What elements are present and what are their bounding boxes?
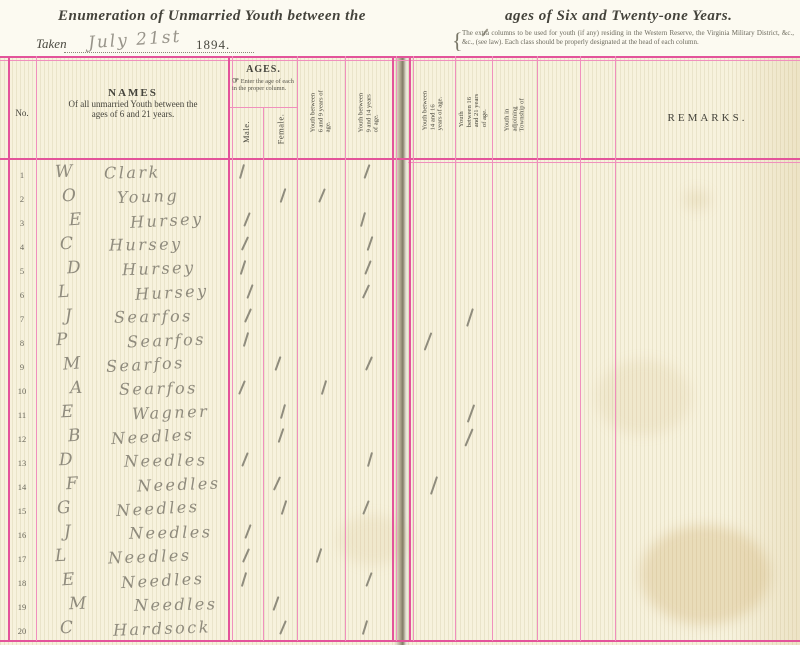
handwritten-surname: Hursey	[122, 258, 196, 280]
rule-leftpage-edge-b	[396, 56, 397, 641]
row-number: 1	[8, 170, 36, 180]
column-header-names: NAMES Of all unmarried Youth between the…	[36, 88, 230, 120]
rule-leftpage-edge-a	[392, 56, 394, 641]
handwritten-surname: Clark	[104, 163, 161, 183]
row-number: 17	[8, 554, 36, 564]
names-header-title: NAMES	[36, 88, 230, 99]
row-number: 10	[8, 386, 36, 396]
row-number: 3	[8, 218, 36, 228]
header-bottom-rule-right	[408, 162, 800, 163]
handwritten-initial: B	[67, 426, 81, 447]
row-number: 5	[8, 266, 36, 276]
row-number: 16	[8, 530, 36, 540]
handwritten-initial: E	[60, 402, 73, 423]
handwritten-initial: E	[61, 570, 75, 591]
handwritten-initial: A	[70, 378, 83, 398]
column-header-male: Male.	[232, 100, 260, 158]
row-number: 9	[8, 362, 36, 372]
handwritten-surname: Needles	[137, 474, 221, 496]
handwritten-initial: D	[66, 258, 81, 279]
row-number: 2	[8, 194, 36, 204]
names-header-sub1: Of all unmarried Youth between the	[36, 99, 230, 110]
handwritten-initial: P	[55, 330, 67, 351]
handwritten-surname: Wagner	[132, 402, 210, 424]
column-header-adjoining-township: Youth in adjoining Township of	[494, 62, 536, 158]
row-number: 15	[8, 506, 36, 516]
handwritten-surname: Needles	[124, 450, 208, 470]
pointing-hand-icon: ☞	[232, 76, 239, 85]
handwritten-surname: Needles	[134, 594, 218, 614]
rule-no-names	[36, 56, 37, 641]
handwritten-initial: O	[61, 186, 76, 207]
rule-names-ages-a	[228, 56, 230, 641]
handwritten-surname: Searfos	[114, 306, 193, 326]
column-header-remarks: REMARKS.	[615, 112, 800, 124]
handwritten-surname: Needles	[129, 522, 213, 542]
handwritten-initial: E	[68, 210, 82, 231]
handwritten-initial: C	[59, 618, 73, 639]
row-number: 7	[8, 314, 36, 324]
ledger-scan: Enumeration of Unmarried Youth between t…	[0, 0, 800, 645]
column-header-youth-9-14: Youth between 9 and 14 years of age.	[347, 62, 391, 158]
handwritten-surname: Hardsock	[113, 617, 211, 639]
column-header-youth-6-9: Youth between 6 and 9 years of age.	[299, 62, 343, 158]
row-number: 13	[8, 458, 36, 468]
page-title-right: ages of Six and Twenty-one Years.	[505, 8, 732, 25]
handwritten-surname: Hursey	[135, 281, 210, 304]
ages-note-text: Enter the age of each in the proper colu…	[232, 78, 294, 92]
rule-y1621-adjoining	[492, 56, 493, 641]
notice-brace: {	[452, 28, 463, 54]
handwritten-initial: F	[65, 474, 78, 495]
table-top-rule-2	[0, 60, 800, 61]
bottom-rule	[0, 640, 800, 642]
handwritten-initial: L	[54, 546, 66, 567]
page-title-left: Enumeration of Unmarried Youth between t…	[58, 8, 366, 25]
rule-blank2-remarks	[615, 56, 616, 641]
handwritten-initial: M	[69, 594, 87, 615]
row-number: 11	[8, 410, 36, 420]
handwritten-initial: D	[59, 450, 73, 470]
column-header-no: No.	[8, 108, 36, 118]
row-number: 8	[8, 338, 36, 348]
handwritten-surname: Searfos	[119, 378, 198, 398]
handwritten-surname: Hursey	[130, 209, 205, 232]
header-bottom-rule	[0, 158, 800, 160]
row-number: 19	[8, 602, 36, 612]
handwritten-date: July 21st	[87, 27, 182, 53]
row-number: 18	[8, 578, 36, 588]
rule-blank1-blank2	[580, 56, 581, 641]
column-header-ages: AGES.	[231, 64, 296, 75]
column-header-youth-16-21: Youth between 16 and 21 years of age.	[456, 62, 490, 158]
table-top-rule	[0, 56, 800, 58]
names-header-sub2: ages of 6 and 21 years.	[36, 109, 230, 120]
row-number: 6	[8, 290, 36, 300]
handwritten-initial: C	[60, 234, 74, 254]
rule-female-y69	[297, 56, 298, 641]
handwritten-initial: M	[62, 353, 81, 374]
handwritten-initial: J	[65, 306, 73, 326]
rule-adjoining-blank1	[537, 56, 538, 641]
taken-label: Taken	[36, 36, 67, 52]
handwritten-surname: Searfos	[127, 330, 207, 352]
handwritten-surname: Young	[117, 186, 180, 207]
ages-note: ☞ Enter the age of each in the proper co…	[232, 78, 294, 93]
row-number: 14	[8, 482, 36, 492]
row-number: 12	[8, 434, 36, 444]
handwritten-surname: Hursey	[109, 234, 183, 254]
column-header-youth-14-16: Youth between 14 and 16 years of age.	[413, 62, 453, 158]
handwritten-initial: G	[56, 498, 71, 519]
rule-male-female	[263, 107, 264, 641]
taken-year: 1894.	[196, 37, 230, 53]
instructions-fine-print: The extra columns to be used for youth (…	[462, 29, 794, 46]
handwritten-initial: J	[64, 522, 72, 542]
handwritten-initial: L	[57, 282, 70, 303]
handwritten-surname: Needles	[108, 546, 192, 568]
rule-y69-y914	[345, 56, 346, 641]
column-header-female: Female.	[266, 100, 294, 158]
handwritten-initial: W	[55, 162, 73, 183]
rule-rightpage-edge-a	[409, 56, 411, 641]
row-number: 20	[8, 626, 36, 636]
row-number: 4	[8, 242, 36, 252]
